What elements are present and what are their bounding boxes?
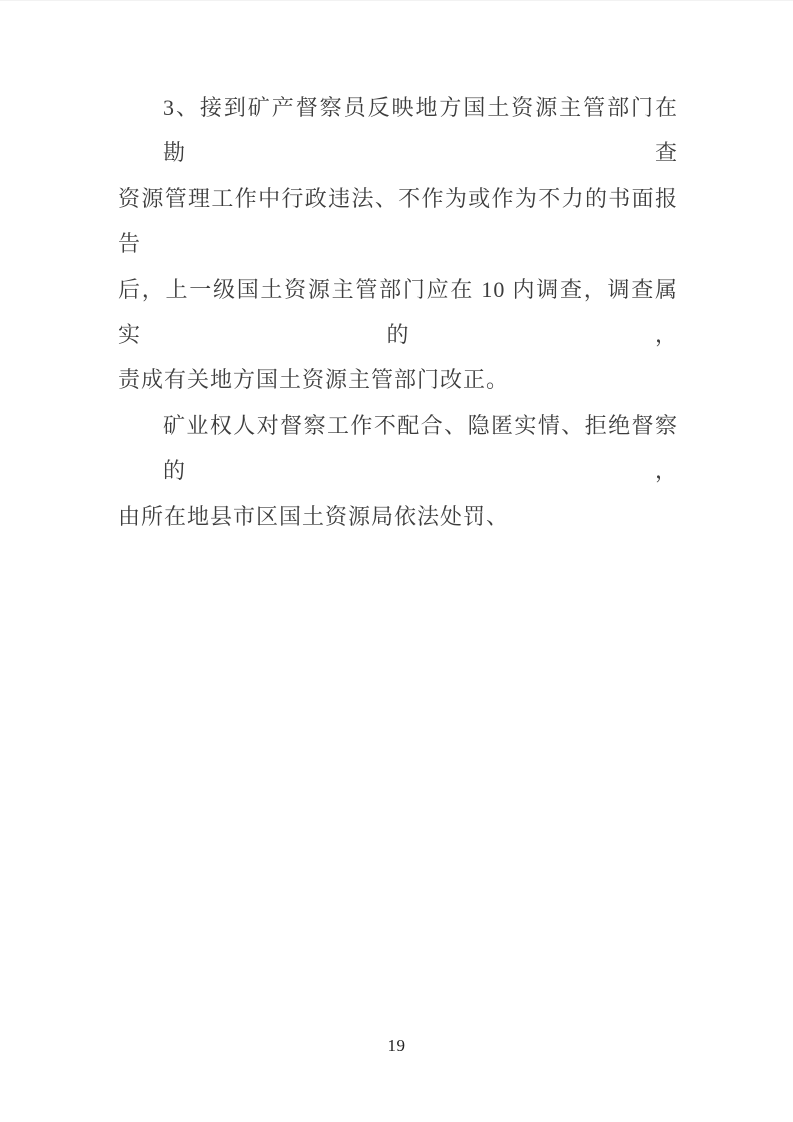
text-line: 后，上一级国土资源主管部门应在 10 内调查，调查属实的， bbox=[118, 267, 678, 358]
document-body: 3、接到矿产督察员反映地方国土资源主管部门在勘查 资源管理工作中行政违法、不作为… bbox=[118, 85, 678, 539]
text-line: 矿业权人对督察工作不配合、隐匿实情、拒绝督察的， bbox=[118, 403, 678, 494]
text-line: 由所在地县市区国土资源局依法处罚、 bbox=[118, 494, 678, 539]
text-line: 3、接到矿产督察员反映地方国土资源主管部门在勘查 bbox=[118, 85, 678, 176]
page-number: 19 bbox=[0, 1033, 793, 1059]
paragraph: 矿业权人对督察工作不配合、隐匿实情、拒绝督察的， 由所在地县市区国土资源局依法处… bbox=[118, 403, 678, 539]
paragraph: 3、接到矿产督察员反映地方国土资源主管部门在勘查 资源管理工作中行政违法、不作为… bbox=[118, 85, 678, 403]
text-line: 责成有关地方国土资源主管部门改正。 bbox=[118, 357, 678, 402]
text-line: 资源管理工作中行政违法、不作为或作为不力的书面报告 bbox=[118, 176, 678, 267]
document-page: 3、接到矿产督察员反映地方国土资源主管部门在勘查 资源管理工作中行政违法、不作为… bbox=[0, 0, 793, 1122]
